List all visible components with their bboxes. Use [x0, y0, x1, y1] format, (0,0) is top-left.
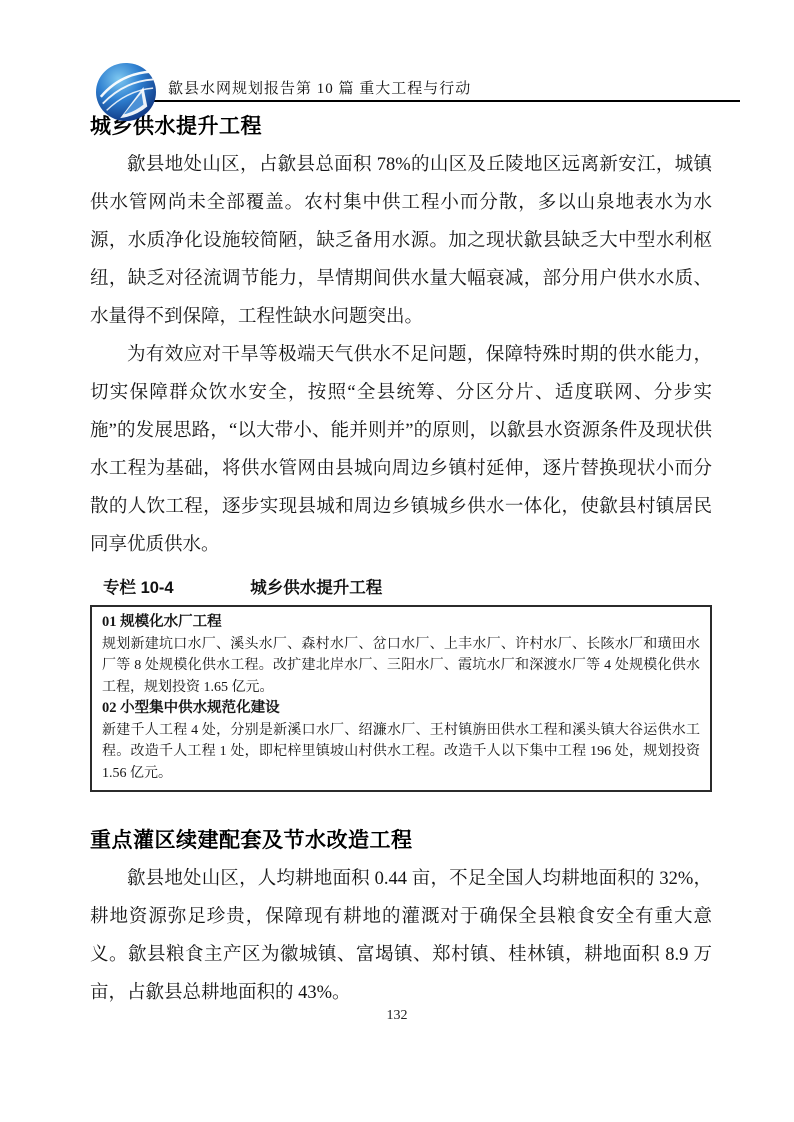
column-box-caption: 专栏 10-4 城乡供水提升工程: [90, 574, 712, 598]
section-heading-water-supply: 城乡供水提升工程: [90, 112, 712, 140]
water-network-logo-icon: [95, 62, 157, 122]
page-number: 132: [0, 1008, 794, 1024]
column-item-2-heading: 02 小型集中供水规范化建设: [102, 698, 700, 720]
column-box: 01 规模化水厂工程 规划新建坑口水厂、溪头水厂、森村水厂、岔口水厂、上丰水厂、…: [90, 605, 712, 792]
column-item-2-body: 新建千人工程 4 处，分别是新溪口水厂、绍濂水厂、王村镇旃田供水工程和溪头镇大谷…: [102, 720, 700, 785]
column-label: 专栏 10-4: [103, 579, 174, 597]
report-header-title: 歙县水网规划报告第 10 篇 重大工程与行动: [168, 77, 471, 98]
paragraph: 为有效应对干旱等极端天气供水不足问题，保障特殊时期的供水能力，切实保障群众饮水安…: [90, 336, 712, 564]
paragraph: 歙县地处山区，占歙县总面积 78%的山区及丘陵地区远离新安江，城镇供水管网尚未全…: [90, 146, 712, 336]
paragraph: 歙县地处山区，人均耕地面积 0.44 亩，不足全国人均耕地面积的 32%，耕地资…: [90, 860, 712, 1012]
section-heading-irrigation: 重点灌区续建配套及节水改造工程: [90, 826, 712, 854]
column-item-1-body: 规划新建坑口水厂、溪头水厂、森村水厂、岔口水厂、上丰水厂、许村水厂、长陔水厂和璜…: [102, 634, 700, 699]
header-rule: [115, 100, 740, 102]
column-item-1-heading: 01 规模化水厂工程: [102, 612, 700, 634]
column-title: 城乡供水提升工程: [250, 579, 382, 597]
document-body: 城乡供水提升工程 歙县地处山区，占歙县总面积 78%的山区及丘陵地区远离新安江，…: [90, 112, 712, 1012]
section-irrigation-renovation: 重点灌区续建配套及节水改造工程 歙县地处山区，人均耕地面积 0.44 亩，不足全…: [90, 826, 712, 1012]
section-urban-rural-water-supply: 城乡供水提升工程 歙县地处山区，占歙县总面积 78%的山区及丘陵地区远离新安江，…: [90, 112, 712, 564]
